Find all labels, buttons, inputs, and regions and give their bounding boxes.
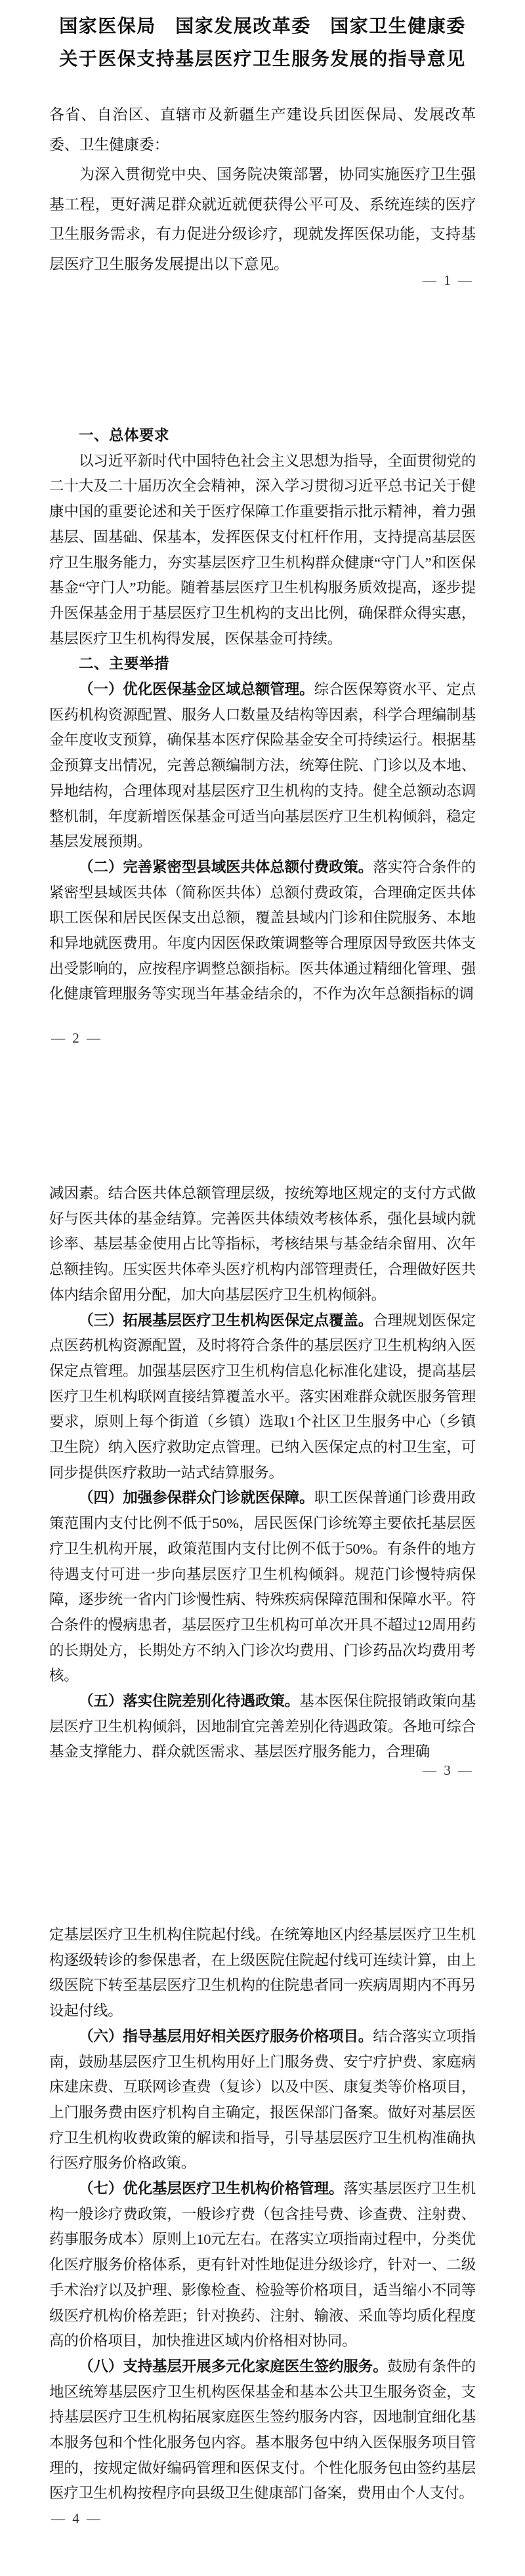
measure-item-4-text: 职工医保普通门诊费用政策范围内支付比例不低于50%，居民医保门诊统筹主要依托基层…	[49, 1489, 476, 1684]
measure-item-8: （八）支持基层开展多元化家庭医生签约服务。鼓励有条件的地区统筹基层医疗卫生机构医…	[49, 2354, 476, 2506]
measure-item-2-lead: （二）完善紧密型县域医共体总额付费政策。	[79, 859, 373, 875]
page-1: 国家医保局 国家发展改革委 国家卫生健康委 关于医保支持基层医疗卫生服务发展的指…	[0, 0, 525, 322]
continued-paragraph: 定基层医疗卫生机构住院起付线。在统筹地区内经基层医疗卫生机构逐级转诊的参保患者，…	[49, 1922, 476, 2024]
measure-item-1-text: 综合医保筹资水平、定点医药机构资源配置、服务人口数量及结构等因素，科学合理编制基…	[49, 681, 476, 850]
measure-item-7-text: 落实基层医疗卫生机构一般诊疗费政策，一般诊疗费（包含挂号费、诊查费、注射费、药事…	[49, 2180, 476, 2349]
measure-item-3-text: 合理规划医保定点医药机构资源配置，及时将符合条件的基层医疗卫生机构纳入医保定点管…	[49, 1312, 476, 1481]
document: 国家医保局 国家发展改革委 国家卫生健康委 关于医保支持基层医疗卫生服务发展的指…	[0, 0, 525, 2576]
measure-item-5-lead: （五）落实住院差别化待遇政策。	[79, 1693, 299, 1709]
document-title: 国家医保局 国家发展改革委 国家卫生健康委 关于医保支持基层医疗卫生服务发展的指…	[49, 10, 476, 76]
overall-requirements-paragraph: 以习近平新时代中国特色社会主义思想为指导，全面贯彻党的二十大及二十届历次全会精神…	[49, 449, 476, 652]
measure-item-5: （五）落实住院差别化待遇政策。基本医保住院报销政策向基层医疗卫生机构倾斜，因地制…	[49, 1689, 476, 1765]
page-number-3: — 3 —	[423, 1761, 474, 1779]
measure-item-3: （三）拓展基层医疗卫生机构医保定点覆盖。合理规划医保定点医药机构资源配置，及时将…	[49, 1308, 476, 1486]
measure-item-1: （一）优化医保基金区域总额管理。综合医保筹资水平、定点医药机构资源配置、服务人口…	[49, 677, 476, 855]
measure-item-4-lead: （四）加强参保群众门诊就医保障。	[79, 1489, 314, 1506]
addressee-paragraph: 各省、自治区、直辖市及新疆生产建设兵团医保局、发展改革委、卫生健康委：	[49, 100, 476, 159]
page-number-1: — 1 —	[423, 271, 474, 289]
document-title-line2: 关于医保支持基层医疗卫生服务发展的指导意见	[49, 43, 476, 76]
measure-item-6-text: 结合落实立项指南，鼓励基层医疗卫生机构用好上门服务费、安宁疗护费、家庭病床建床费…	[49, 2028, 476, 2172]
page-4: 定基层医疗卫生机构住院起付线。在统筹地区内经基层医疗卫生机构逐级转诊的参保患者，…	[0, 1811, 525, 2576]
measure-item-1-lead: （一）优化医保基金区域总额管理。	[79, 681, 314, 697]
page-2: 一、总体要求 以习近平新时代中国特色社会主义思想为指导，全面贯彻党的二十大及二十…	[0, 322, 525, 1070]
continued-paragraph: 减因素。结合医共体总额管理层级，按统筹地区规定的支付方式做好与医共体的基金结算。…	[49, 1181, 476, 1308]
measure-item-6: （六）指导基层用好相关医疗服务价格项目。结合落实立项指南，鼓励基层医疗卫生机构用…	[49, 2024, 476, 2176]
measure-item-7-lead: （七）优化基层医疗卫生机构价格管理。	[79, 2180, 343, 2197]
measure-item-7: （七）优化基层医疗卫生机构价格管理。落实基层医疗卫生机构一般诊疗费政策，一般诊疗…	[49, 2176, 476, 2354]
measure-item-2: （二）完善紧密型县域医共体总额付费政策。落实符合条件的紧密型县域医共体（简称医共…	[49, 855, 476, 1007]
measure-item-4: （四）加强参保群众门诊就医保障。职工医保普通门诊费用政策范围内支付比例不低于50…	[49, 1485, 476, 1689]
measure-item-8-text: 鼓励有条件的地区统筹基层医疗卫生机构医保基金和基本公共卫生服务资金，支持基层医疗…	[49, 2358, 476, 2502]
measure-item-2-text: 落实符合条件的紧密型县域医共体（简称医共体）总额付费政策，合理确定医共体职工医保…	[49, 859, 476, 1003]
page-number-4: — 4 —	[51, 2509, 102, 2527]
document-title-line1: 国家医保局 国家发展改革委 国家卫生健康委	[49, 10, 476, 43]
measure-item-3-lead: （三）拓展基层医疗卫生机构医保定点覆盖。	[79, 1312, 373, 1329]
page-number-2: — 2 —	[51, 1029, 102, 1047]
measure-item-8-lead: （八）支持基层开展多元化家庭医生签约服务。	[79, 2358, 388, 2375]
section-heading-1: 一、总体要求	[49, 423, 476, 449]
page-3: 减因素。结合医共体总额管理层级，按统筹地区规定的支付方式做好与医共体的基金结算。…	[0, 1070, 525, 1811]
section-heading-2: 二、主要举措	[49, 652, 476, 677]
measure-item-6-lead: （六）指导基层用好相关医疗服务价格项目。	[79, 2028, 373, 2045]
intro-paragraph: 为深入贯彻党中央、国务院决策部署，协同实施医疗卫生强基工程，更好满足群众就近就便…	[49, 159, 476, 279]
